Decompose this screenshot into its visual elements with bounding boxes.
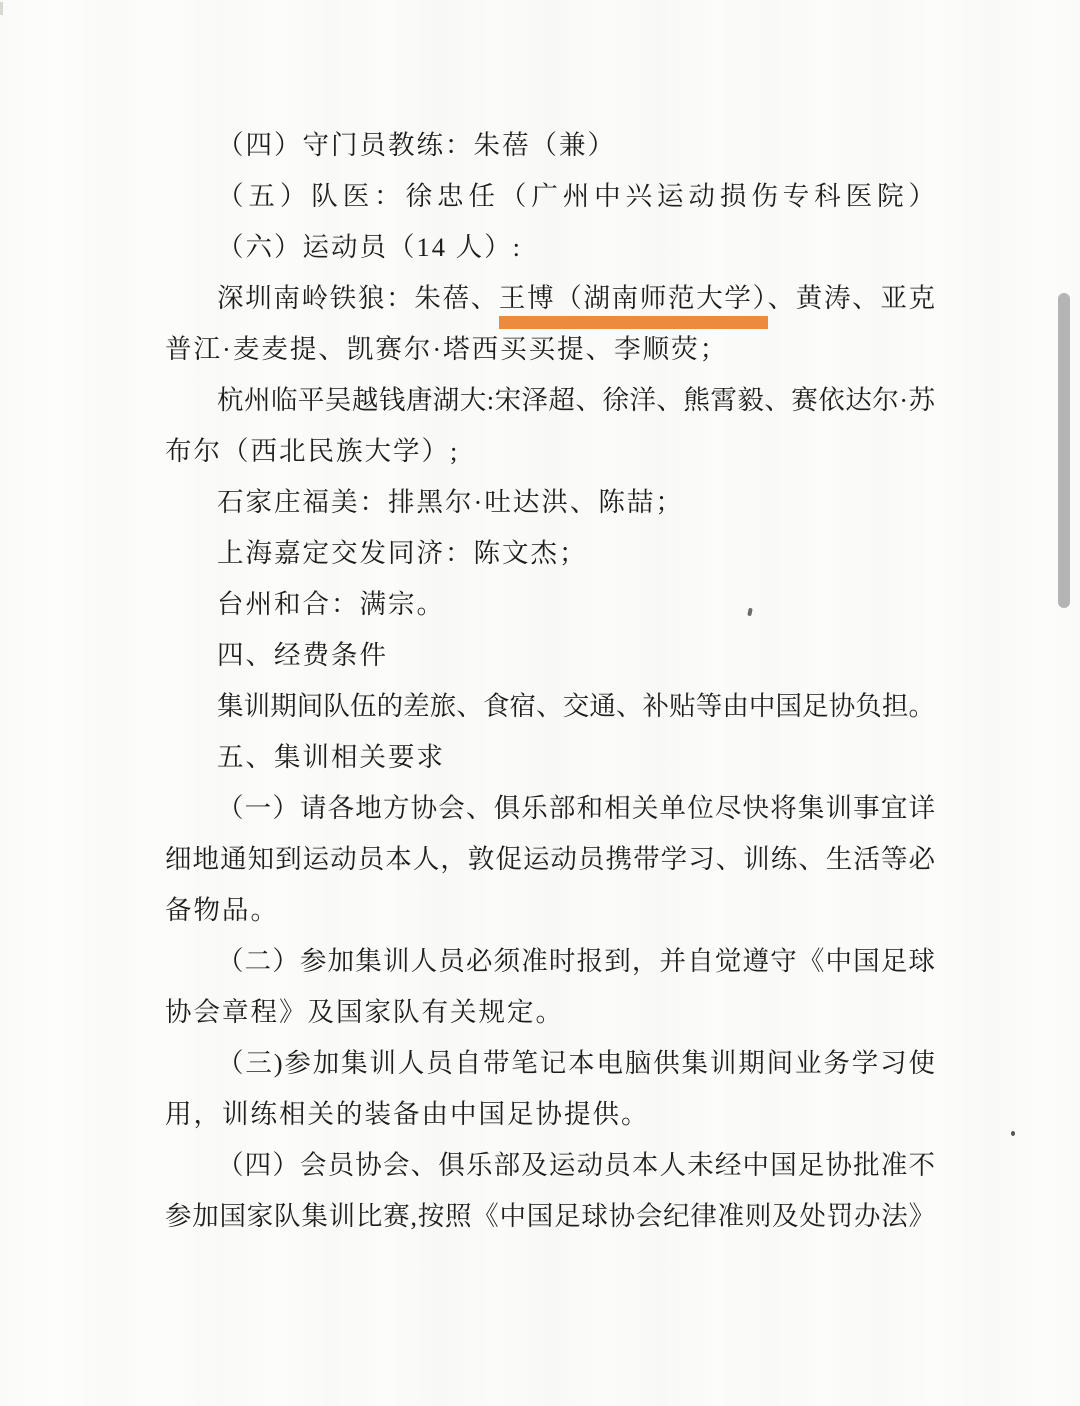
doc-line: 五、集训相关要求 [165,732,935,783]
doc-line: （五）队医：徐忠任（广州中兴运动损伤专科医院） [165,171,935,222]
doc-line: 参加国家队集训比赛,按照《中国足球协会纪律准则及处罚办法》 [165,1191,935,1242]
doc-line: 普江·麦麦提、凯赛尔·塔西买买提、李顺荧； [165,324,935,375]
doc-line: （四）守门员教练：朱蓓（兼） [165,120,935,171]
doc-line: （一）请各地方协会、俱乐部和相关单位尽快将集训事宜详 [165,783,935,834]
doc-line: 杭州临平吴越钱唐湖大:宋泽超、徐洋、熊霄毅、赛依达尔·苏 [165,375,935,426]
doc-text-segment: 、黄涛、亚克 [768,283,935,313]
document-page: （四）守门员教练：朱蓓（兼） （五）队医：徐忠任（广州中兴运动损伤专科医院） （… [0,0,1080,1406]
doc-line: 上海嘉定交发同济：陈文杰； [165,528,935,579]
doc-line: 细地通知到运动员本人，敦促运动员携带学习、训练、生活等必 [165,834,935,885]
doc-line: 备物品。 [165,885,935,936]
photo-dust-speck [1011,1131,1015,1136]
doc-line: 集训期间队伍的差旅、食宿、交通、补贴等由中国足协负担。 [165,681,935,732]
doc-line: 用，训练相关的装备由中国足协提供。 [165,1089,935,1140]
photo-edge-artifact [0,2,3,15]
doc-line: 布尔（西北民族大学）; [165,426,935,477]
scrollbar-thumb[interactable] [1058,293,1070,608]
doc-line: （二）参加集训人员必须准时报到，并自觉遵守《中国足球 [165,936,935,987]
doc-line: （四）会员协会、俱乐部及运动员本人未经中国足协批准不 [165,1140,935,1191]
doc-line: 台州和合：满宗。 [165,579,935,630]
doc-line: 协会章程》及国家队有关规定。 [165,987,935,1038]
doc-text-segment: 深圳南岭铁狼：朱蓓、 [217,283,499,313]
highlighted-text-orange-underline: 王博（湖南师范大学） [499,283,768,329]
document-content: （四）守门员教练：朱蓓（兼） （五）队医：徐忠任（广州中兴运动损伤专科医院） （… [165,120,935,1242]
doc-line: （六）运动员（14 人）: [165,222,935,273]
doc-line: （三)参加集训人员自带笔记本电脑供集训期间业务学习使 [165,1038,935,1089]
doc-line: 石家庄福美：排黑尔·吐达洪、陈喆； [165,477,935,528]
doc-line: 深圳南岭铁狼：朱蓓、王博（湖南师范大学）、黄涛、亚克 [165,273,935,324]
doc-line: 四、经费条件 [165,630,935,681]
